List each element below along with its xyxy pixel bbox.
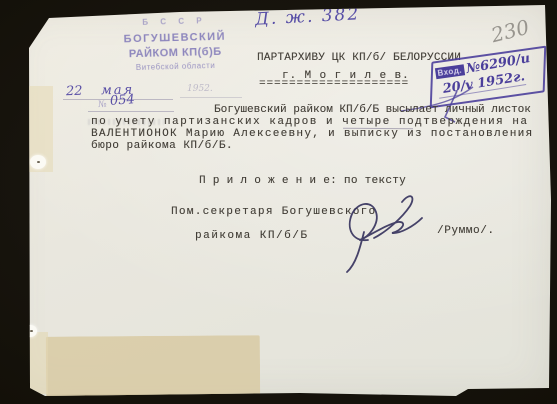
- letterhead-blank-line: [88, 111, 174, 112]
- letterhead-bssr: Б С С Р: [112, 15, 236, 27]
- outgoing-number-label: №: [98, 100, 107, 110]
- body-line: бюро райкома КП/б/Б.: [91, 140, 233, 152]
- letterhead-org-name: БОГУШЕВСКИЙ: [113, 30, 237, 45]
- body-line: Богушевский райком КП/б/Б высылает личны…: [214, 104, 531, 116]
- archive-fond-note: Д. ж. 382: [255, 4, 361, 29]
- handwritten-date-day: 22: [66, 84, 83, 100]
- recipient-underline: ====================: [259, 78, 409, 90]
- document-paper: Б С С Р БОГУШЕВСКИЙ РАЙКОМ КП(б)Б Витебс…: [0, 0, 557, 404]
- letterhead-region: Витебской области: [113, 60, 237, 72]
- incoming-stamp-label: Вход.: [435, 64, 465, 79]
- tape-stain-bottom: [46, 335, 260, 396]
- attachment-line: П р и л о ж е н и е: по тексту: [199, 175, 406, 187]
- body-line: по учету партизанских кадров и четыре по…: [91, 116, 528, 128]
- handwritten-date-year: 1952.: [187, 84, 213, 94]
- paper-speck: [55, 7, 59, 14]
- signer-title-line2: райкома КП/б/Б: [195, 230, 308, 242]
- handwritten-signature: [338, 188, 438, 278]
- paper-damage-spot: [30, 155, 46, 169]
- tape-stain-bottom-left: [26, 332, 48, 394]
- signer-name: /Руммо/.: [437, 225, 495, 237]
- letterhead-blank-line: [180, 97, 242, 98]
- pencil-page-number: 230: [489, 15, 532, 48]
- paper-damage-spot: [24, 325, 37, 337]
- scanned-document-photo: Б С С Р БОГУШЕВСКИЙ РАЙКОМ КП(б)Б Витебс…: [0, 0, 557, 404]
- letterhead-stamp: Б С С Р БОГУШЕВСКИЙ РАЙКОМ КП(б)Б Витебс…: [112, 15, 237, 72]
- letterhead-org-committee: РАЙКОМ КП(б)Б: [113, 45, 237, 60]
- body-line: ВАЛЕНТИОНОК Марию Алексеевну, и выписку …: [91, 128, 533, 140]
- outgoing-number: 054: [110, 92, 136, 109]
